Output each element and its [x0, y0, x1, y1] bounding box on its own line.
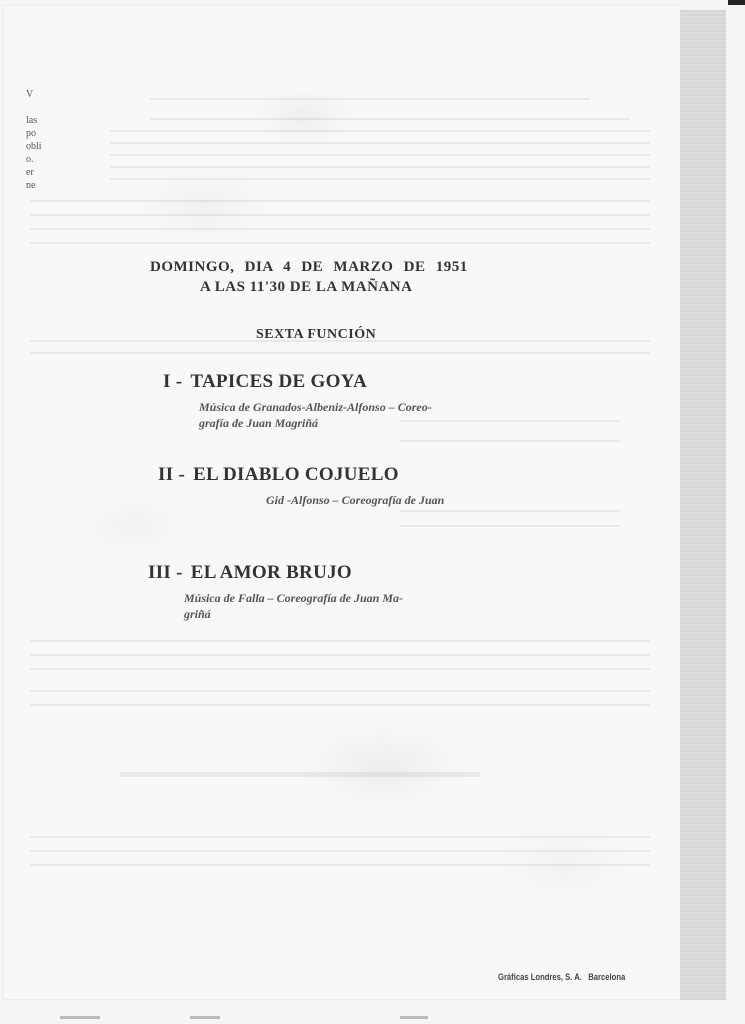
date-line: DOMINGO, DIA 4 DE MARZO DE 1951 [150, 259, 468, 276]
program-item-name: EL DIABLO COJUELO [193, 464, 399, 485]
program-content: DOMINGO, DIA 4 DE MARZO DE 1951 A LAS 11… [0, 0, 745, 1024]
program-item-credits: Gid -Alfonso – Coreografía de Juan [266, 492, 444, 508]
program-item-title: I -TAPICES DE GOYA [163, 371, 432, 393]
program-item-title: III -EL AMOR BRUJO [148, 562, 403, 584]
program-item: III -EL AMOR BRUJO Música de Falla – Cor… [148, 562, 403, 622]
function-title: SEXTA FUNCIÓN [256, 327, 376, 343]
program-item-title: II -EL DIABLO COJUELO [158, 464, 444, 486]
scan-artifact [400, 1016, 428, 1019]
program-item-number: I - [163, 371, 182, 392]
time-line: A LAS 11'30 DE LA MAÑANA [200, 279, 412, 296]
scan-artifact [60, 1016, 100, 1019]
program-item-credits: Música de Falla – Coreografía de Juan Ma… [184, 590, 403, 622]
scanned-page: V las po obli o. er ne DOMINGO, DIA 4 DE… [0, 0, 745, 1024]
program-item-number: III - [148, 562, 183, 583]
program-item-number: II - [158, 464, 185, 485]
program-item: II -EL DIABLO COJUELO Gid -Alfonso – Cor… [158, 464, 444, 508]
program-item: I -TAPICES DE GOYA Música de Granados-Al… [163, 371, 432, 431]
program-item-name: TAPICES DE GOYA [190, 371, 367, 392]
printer-imprint: Gráficas Londres, S. A. Barcelona [498, 972, 625, 982]
program-item-name: EL AMOR BRUJO [191, 562, 352, 583]
scan-artifact [190, 1016, 220, 1019]
program-item-credits: Música de Granados-Albeniz-Alfonso – Cor… [199, 399, 432, 431]
